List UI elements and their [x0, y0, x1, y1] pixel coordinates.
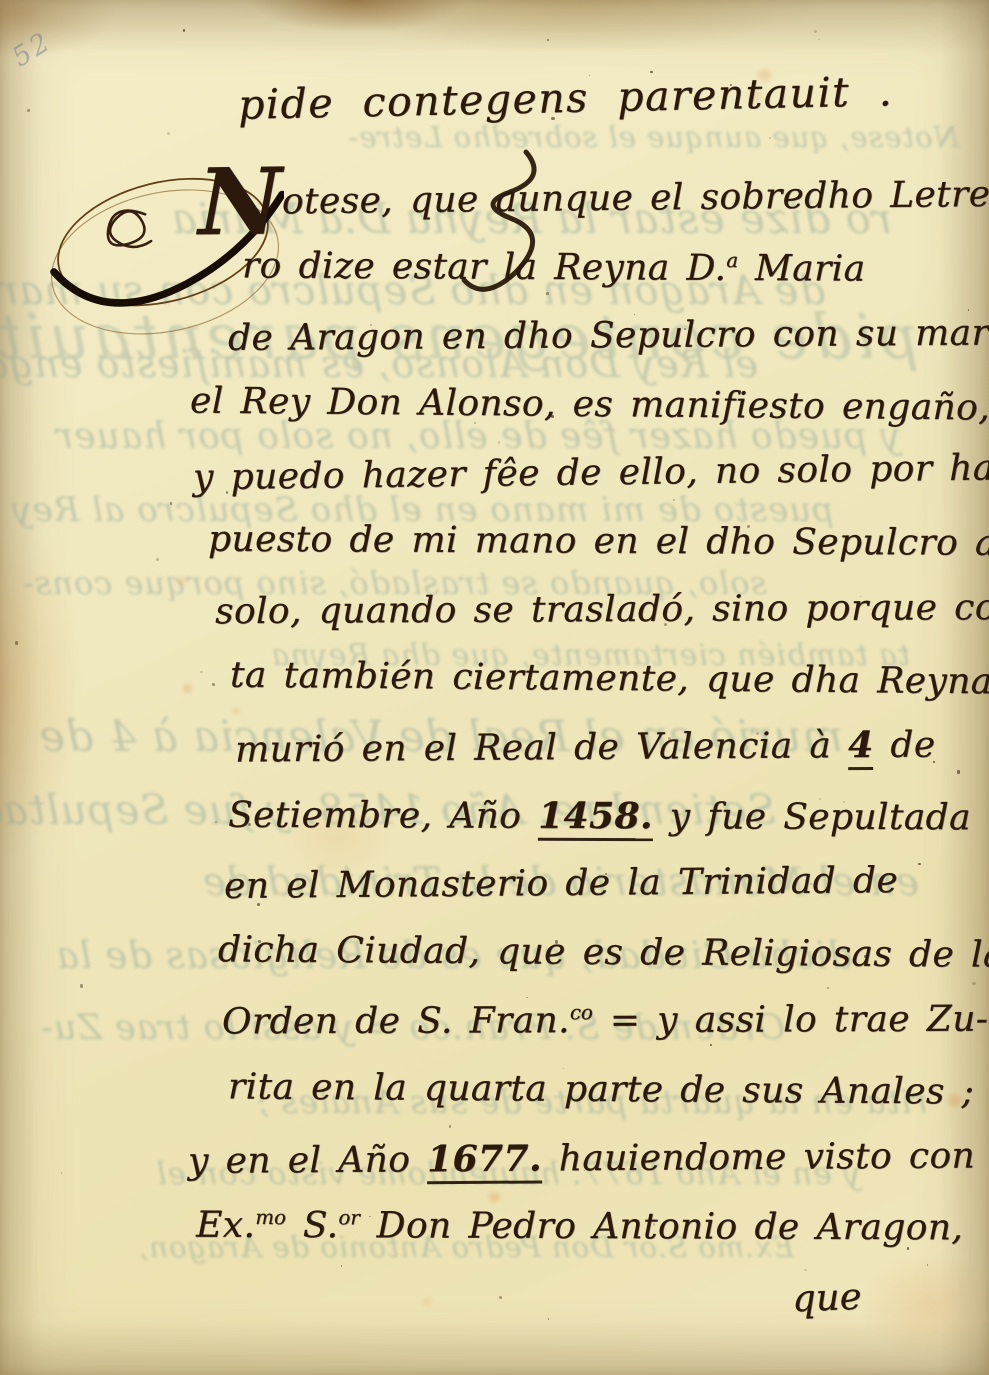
- manuscript-line: ta también ciertamente, que dha Reyna: [230, 654, 989, 702]
- line-segment: solo, quando se trasladó, sino porque co…: [215, 587, 989, 632]
- line-segment: co: [570, 1001, 593, 1024]
- line-segment: y fue Sepultada: [653, 796, 971, 838]
- line-segment: ta también ciertamente, que dha Reyna: [230, 654, 989, 702]
- line-segment: en el Monasterio de la Trinidad de: [224, 860, 898, 907]
- line-segment: rita en la quarta parte de sus Anales ;: [228, 1066, 974, 1112]
- line-segment: puesto de mi mano en el dho Sepulcro al …: [208, 518, 989, 564]
- manuscript-line: rita en la quarta parte de sus Anales ;: [228, 1066, 974, 1112]
- manuscript-line: Setiembre, Año 1458. y fue Sepultada: [228, 793, 971, 838]
- line-segment: Setiembre, Año: [228, 794, 538, 836]
- line-segment: el Rey Don Alonso, es manifiesto engaño,: [190, 380, 989, 428]
- line-segment: S.: [286, 1204, 339, 1245]
- catchword: que: [791, 1275, 862, 1320]
- manuscript-line: Ex.mo S.or Don Pedro Antonio de Aragon,: [196, 1204, 963, 1248]
- line-segment: dicha Ciudad, que es de Religiosas de la: [218, 929, 989, 975]
- line-segment: ro dize estar la Reyna D.: [242, 245, 726, 289]
- manuscript-line: ro dize estar la Reyna D.a Maria: [242, 245, 866, 289]
- line-segment: de Aragon en dho Sepulcro con su marido: [228, 312, 989, 359]
- manuscript-line: solo, quando se trasladó, sino porque co…: [215, 587, 989, 632]
- manuscript-line: y en el Año 1677. hauiendome visto con e…: [188, 1134, 989, 1182]
- line-segment: y en el Año: [188, 1139, 427, 1182]
- line-segment: murió en el Real de Valencia à: [235, 725, 848, 770]
- line-segment: 4: [848, 724, 874, 770]
- line-segment: or: [338, 1206, 359, 1229]
- manuscript-line: y puedo hazer fêe de ello, no solo por h…: [193, 447, 989, 499]
- drop-cap: N: [197, 148, 279, 257]
- line-segment: y puedo hazer fêe de ello, no solo por h…: [193, 447, 989, 499]
- line-segment: Orden de S. Fran.: [222, 1000, 570, 1042]
- line-segment: otese, que aunque el sobredho Letre-: [282, 174, 989, 223]
- line-segment: Maria: [738, 247, 866, 289]
- line-segment: de: [873, 725, 935, 766]
- line-segment: hauiendome visto con el: [542, 1135, 989, 1179]
- line-segment: mo: [255, 1206, 286, 1229]
- line-segment: = y assi lo trae Zu-: [593, 999, 989, 1041]
- manuscript-line: de Aragon en dho Sepulcro con su marido: [228, 312, 989, 359]
- manuscript-line: Orden de S. Fran.co = y assi lo trae Zu-: [222, 999, 988, 1043]
- manuscript-text: Notese, que aunque el sobredho Letre-ro …: [0, 0, 989, 1375]
- manuscript-line: dicha Ciudad, que es de Religiosas de la: [218, 929, 989, 975]
- manuscript-line: el Rey Don Alonso, es manifiesto engaño,: [190, 380, 989, 428]
- line-segment: Don Pedro Antonio de Aragon,: [360, 1205, 964, 1248]
- manuscript-line: Notese, que aunque el sobredho Letre-: [198, 174, 989, 223]
- line-segment: Ex.: [196, 1204, 255, 1245]
- manuscript-page: Notese, que aunque el sobredho Letre-ro …: [0, 0, 989, 1375]
- line-segment: 1677.: [427, 1137, 542, 1184]
- manuscript-line: puesto de mi mano en el dho Sepulcro al …: [208, 518, 989, 564]
- manuscript-line: murió en el Real de Valencia à 4 de: [235, 724, 936, 771]
- line-segment: 1458.: [538, 794, 653, 840]
- line-segment: a: [726, 249, 738, 272]
- manuscript-line: en el Monasterio de la Trinidad de: [224, 860, 898, 907]
